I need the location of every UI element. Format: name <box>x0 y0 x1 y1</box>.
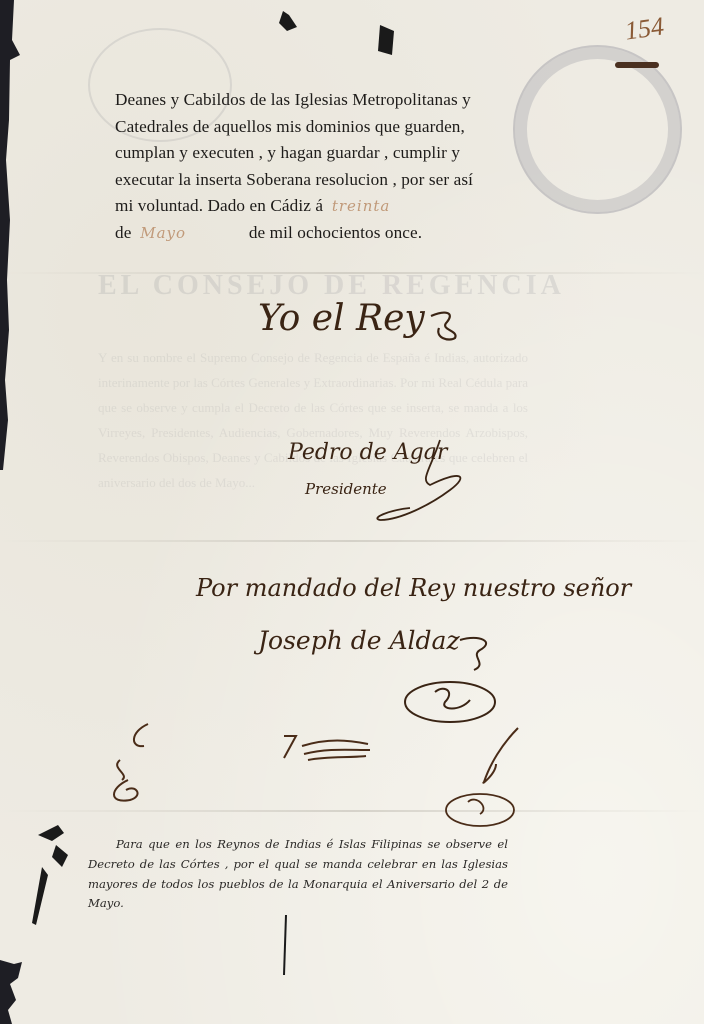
paper-fold <box>0 810 704 812</box>
body-line: Deanes y Cabildos de las Iglesias Metrop… <box>115 87 537 114</box>
rubric-flourish-icon <box>400 630 505 730</box>
body-line-date: mi voluntad. Dado en Cádiz á treinta <box>115 193 537 220</box>
body-line-date: de Mayo de mil ochocientos once. <box>115 220 537 247</box>
ink-stain <box>28 815 78 930</box>
by-order-of-the-king: Por mandado del Rey nuestro señor <box>196 574 631 602</box>
ink-mark <box>615 62 659 68</box>
official-seal-stamp <box>513 45 682 214</box>
ink-blot <box>370 15 400 65</box>
handwritten-day: treinta <box>332 197 391 215</box>
paper-fold <box>0 540 704 542</box>
ink-blot <box>275 5 305 35</box>
folio-number: 154 <box>623 11 666 46</box>
decree-summary-note: Para que en los Reynos de Indias é Islas… <box>88 835 508 914</box>
torn-edge-bottom <box>0 960 26 1024</box>
rubric-right-icon <box>440 724 530 834</box>
ink-stroke <box>280 915 290 975</box>
rubric-left-icon <box>100 718 170 808</box>
rubric-flourish-icon <box>425 308 465 342</box>
body-line: cumplan y executen , y hagan guardar , c… <box>115 140 537 167</box>
rubric-center-icon <box>278 730 378 770</box>
rubric-flourish-icon <box>370 430 480 530</box>
body-line: Catedrales de aquellos mis dominios que … <box>115 114 537 141</box>
decree-body: Deanes y Cabildos de las Iglesias Metrop… <box>115 87 537 246</box>
body-line: executar la inserta Soberana resolucion … <box>115 167 537 194</box>
document-page: 154 EL CONSEJO DE REGENCIA Y en su nombr… <box>0 0 704 1024</box>
handwritten-month: Mayo <box>140 224 186 242</box>
torn-edge <box>0 0 22 470</box>
signature-yo-el-rey: Yo el Rey <box>258 298 425 339</box>
